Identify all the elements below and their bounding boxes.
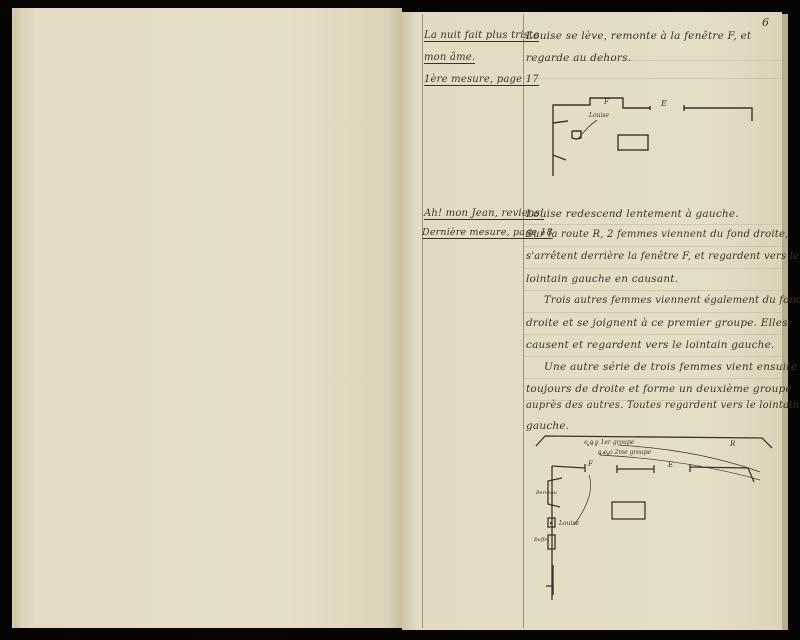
- diagram-1-label-character: Louise: [588, 112, 609, 119]
- diagram-1-label-window: F: [603, 98, 610, 106]
- diagram-2-label-door: E: [667, 461, 673, 469]
- diagram-2-label-window: F: [587, 460, 594, 468]
- diagram-2-label-group-2: o o o 2me groupe: [598, 449, 652, 456]
- diagram-2-label-character: Louise: [558, 520, 579, 527]
- stage-diagrams: F E Louise o o o 1er groupe o o o 2me gr…: [0, 0, 800, 640]
- stage-diagram-2: [536, 436, 772, 600]
- diagram-2-label-group-1: o o o 1er groupe: [584, 439, 635, 446]
- diagram-2-label-buffet: Buffet: [533, 537, 550, 543]
- diagram-2-label-bed: Berceau: [535, 490, 557, 496]
- diagram-2-label-road: R: [729, 440, 736, 448]
- stage-diagram-1: [553, 98, 752, 176]
- diagram-1-label-door: E: [660, 99, 667, 108]
